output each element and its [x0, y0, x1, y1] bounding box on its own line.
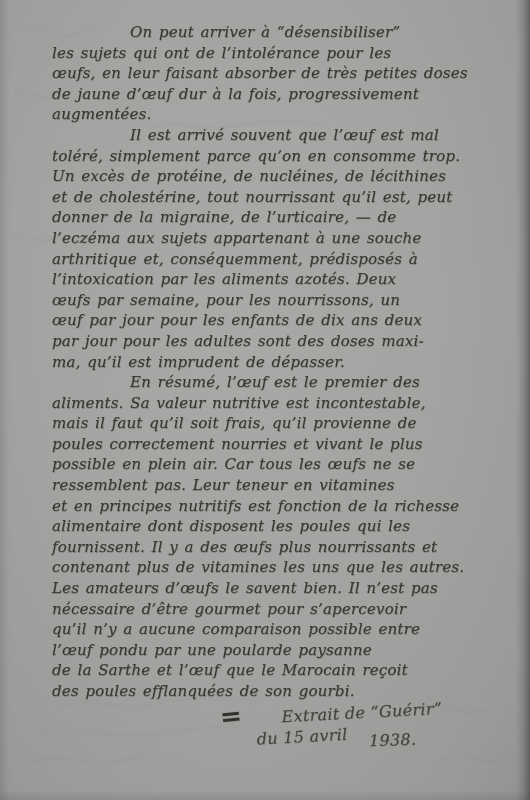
manuscript-line: fournissent. Il y a des œufs plus nourri… [52, 537, 508, 558]
manuscript-page: On peut arriver à “désensibiliser”les su… [0, 0, 530, 800]
manuscript-line: toléré, simplement parce qu’on en consom… [52, 146, 508, 167]
manuscript-line: contenant plus de vitamines les uns que … [52, 557, 508, 578]
manuscript-line: On peut arriver à “désensibiliser” [52, 22, 508, 43]
page-edge-left [0, 0, 10, 800]
attribution-year: 1938. [369, 729, 417, 752]
manuscript-line: poules correctement nourries et vivant l… [52, 434, 508, 455]
manuscript-line: En résumé, l’œuf est le premier des [52, 372, 508, 393]
manuscript-line: œufs, en leur faisant absorber de très p… [52, 63, 508, 84]
manuscript-body: On peut arriver à “désensibiliser”les su… [52, 22, 508, 702]
manuscript-line: les sujets qui ont de l’intolérance pour… [52, 43, 508, 64]
manuscript-line: ma, qu’il est imprudent de dépasser. [52, 352, 508, 373]
manuscript-line: arthritique et, conséquemment, prédispos… [52, 249, 508, 270]
manuscript-line: œufs par semaine, pour les nourrissons, … [52, 290, 508, 311]
attribution: Extrait de “Guérir” du 15 avril 1938. [281, 698, 444, 748]
manuscript-line: augmentées. [52, 104, 508, 125]
manuscript-line: Les amateurs d’œufs le savent bien. Il n… [52, 578, 508, 599]
manuscript-line: de jaune d’œuf dur à la fois, progressiv… [52, 84, 508, 105]
manuscript-line: l’œuf pondu par une poularde paysanne [52, 640, 508, 661]
manuscript-line: mais il faut qu’il soit frais, qu’il pro… [52, 413, 508, 434]
manuscript-line: et en principes nutritifs est fonction d… [52, 496, 508, 517]
manuscript-line: ressemblent pas. Leur teneur en vitamine… [52, 475, 508, 496]
manuscript-line: l’intoxication par les aliments azotés. … [52, 269, 508, 290]
manuscript-line: aliments. Sa valeur nutritive est incont… [52, 393, 508, 414]
manuscript-line: nécessaire d’être gourmet pour s’apercev… [52, 599, 508, 620]
manuscript-line: Un excès de protéine, de nucléines, de l… [52, 166, 508, 187]
end-divider-mark: = [218, 701, 243, 733]
manuscript-line: Il est arrivé souvent que l’œuf est mal [52, 125, 508, 146]
manuscript-line: l’eczéma aux sujets appartenant à une so… [52, 228, 508, 249]
manuscript-line: par jour pour les adultes sont des doses… [52, 331, 508, 352]
manuscript-line: possible en plein air. Car tous les œufs… [52, 454, 508, 475]
page-edge-right [516, 0, 530, 800]
manuscript-line: de la Sarthe et l’œuf que le Marocain re… [52, 660, 508, 681]
manuscript-line: qu’il n’y a aucune comparaison possible … [52, 619, 508, 640]
page-edge-bottom [0, 790, 530, 800]
manuscript-line: donner de la migraine, de l’urticaire, —… [52, 207, 508, 228]
manuscript-line: alimentaire dont disposent les poules qu… [52, 516, 508, 537]
manuscript-line: œuf par jour pour les enfants de dix ans… [52, 310, 508, 331]
manuscript-line: et de cholestérine, tout nourrissant qu’… [52, 187, 508, 208]
